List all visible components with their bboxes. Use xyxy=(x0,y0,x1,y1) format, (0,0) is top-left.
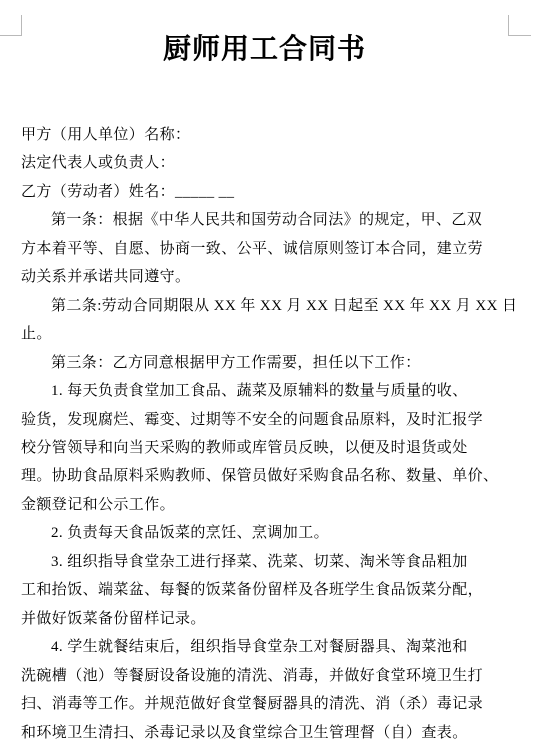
document-line: 止。 xyxy=(21,320,508,348)
document-line: 方本着平等、自愿、协商一致、公平、诚信原则签订本合同，建立劳 xyxy=(21,235,508,263)
document-line: 验货，发现腐烂、霉变、过期等不安全的问题食品原料，及时汇报学 xyxy=(21,406,508,434)
document-line: 理。协助食品原料采购教师、保管员做好采购食品名称、数量、单价、 xyxy=(21,462,508,490)
margin-mark-top-left-icon xyxy=(0,15,22,36)
document-line: 第二条:劳动合同期限从 XX 年 XX 月 XX 日起至 XX 年 XX 月 X… xyxy=(21,292,508,320)
document-lines: 甲方（用人单位）名称：法定代表人或负责人：乙方（劳动者）姓名：_____ __第… xyxy=(21,121,508,745)
document-line: 1. 每天负责食堂加工食品、蔬菜及原辅料的数量与质量的收、 xyxy=(21,377,508,405)
document-line: 乙方（劳动者）姓名：_____ __ xyxy=(21,178,508,206)
margin-mark-top-right-icon xyxy=(508,15,531,36)
document-line: 工和抬饭、端菜盆、每餐的饭菜备份留样及各班学生食品饭菜分配， xyxy=(21,576,508,604)
document-line: 法定代表人或负责人： xyxy=(21,149,508,177)
document-line: 洗碗槽（池）等餐厨设备设施的清洗、消毒，并做好食堂环境卫生打 xyxy=(21,662,508,690)
document-line: 甲方（用人单位）名称： xyxy=(21,121,508,149)
document-line: 金额登记和公示工作。 xyxy=(21,491,508,519)
document-line: 和环境卫生清扫、杀毒记录以及食堂综合卫生管理督（自）查表。 xyxy=(21,719,508,745)
document-line: 动关系并承诺共同遵守。 xyxy=(21,263,508,291)
document-line: 第一条：根据《中华人民共和国劳动合同法》的规定，甲、乙双 xyxy=(21,206,508,234)
document-line: 扫、消毒等工作。并规范做好食堂餐厨器具的清洗、消（杀）毒记录 xyxy=(21,690,508,718)
document-title: 厨师用工合同书 xyxy=(21,33,508,67)
document-page: 厨师用工合同书 甲方（用人单位）名称：法定代表人或负责人：乙方（劳动者）姓名：_… xyxy=(0,0,548,745)
document-line: 校分管领导和向当天采购的教师或库管员反映，以便及时退货或处 xyxy=(21,434,508,462)
document-line: 4. 学生就餐结束后，组织指导食堂杂工对餐厨器具、淘菜池和 xyxy=(21,633,508,661)
document-line: 并做好饭菜备份留样记录。 xyxy=(21,605,508,633)
document-line: 3. 组织指导食堂杂工进行择菜、洗菜、切菜、淘米等食品粗加 xyxy=(21,548,508,576)
document-line: 2. 负责每天食品饭菜的烹饪、烹调加工。 xyxy=(21,519,508,547)
document-line: 第三条：乙方同意根据甲方工作需要，担任以下工作： xyxy=(21,349,508,377)
